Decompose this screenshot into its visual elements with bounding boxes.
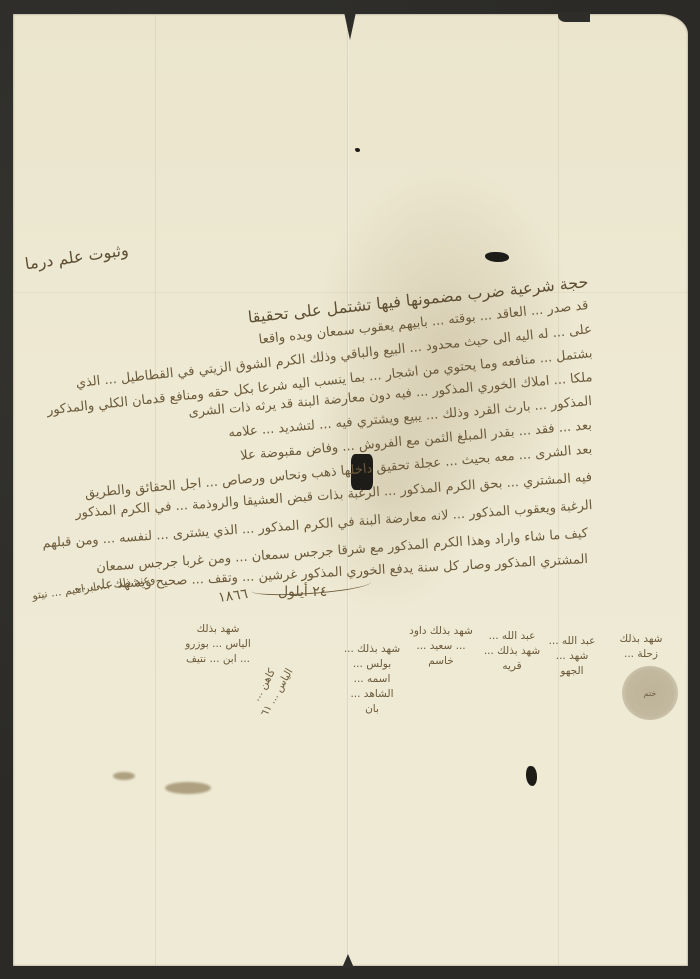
signature-block: عبد الله ... شهد ... الجهو <box>543 634 601 679</box>
signature-block: عبد الله ... شهد بذلك ... قريه <box>483 629 541 674</box>
signature-block: شهد بذلك الياس ... بوزرو ... ابن ... نتي… <box>183 622 253 667</box>
ink-blot <box>485 252 509 262</box>
document-sheet: وثبوت علم درما حجة شرعية ضرب مضمونها فيه… <box>13 14 688 966</box>
ink-seal-stamp: ختم <box>622 666 678 720</box>
header-line-1: وثبوت علم درما <box>23 240 129 273</box>
seal-text: ختم <box>644 689 657 698</box>
signature-block: شهد بذلك ... بولس ... اسمه ... الشاهد ..… <box>343 642 401 717</box>
date-day-month: ٢٤ أيلول <box>278 584 327 600</box>
tear-notch-bottom <box>342 954 354 968</box>
torn-edge-top-right <box>558 12 590 22</box>
date-year: ١٨٦٦ <box>217 586 249 606</box>
ink-blot <box>526 766 537 786</box>
ink-blot <box>355 148 360 152</box>
signature-block: شهد بذلك زحلة ... <box>611 632 671 662</box>
fold-crease-horizontal <box>13 292 688 293</box>
stain-smudge <box>113 772 135 780</box>
stain-smudge <box>165 782 211 794</box>
fold-crease-right <box>558 14 559 966</box>
witness-note-left: وعند ذلك ... ابراهيم ... نيتو <box>31 572 156 602</box>
signature-block: شهد بذلك داود ... سعيد ... خاسم <box>406 624 476 669</box>
tear-notch-top <box>344 12 356 40</box>
